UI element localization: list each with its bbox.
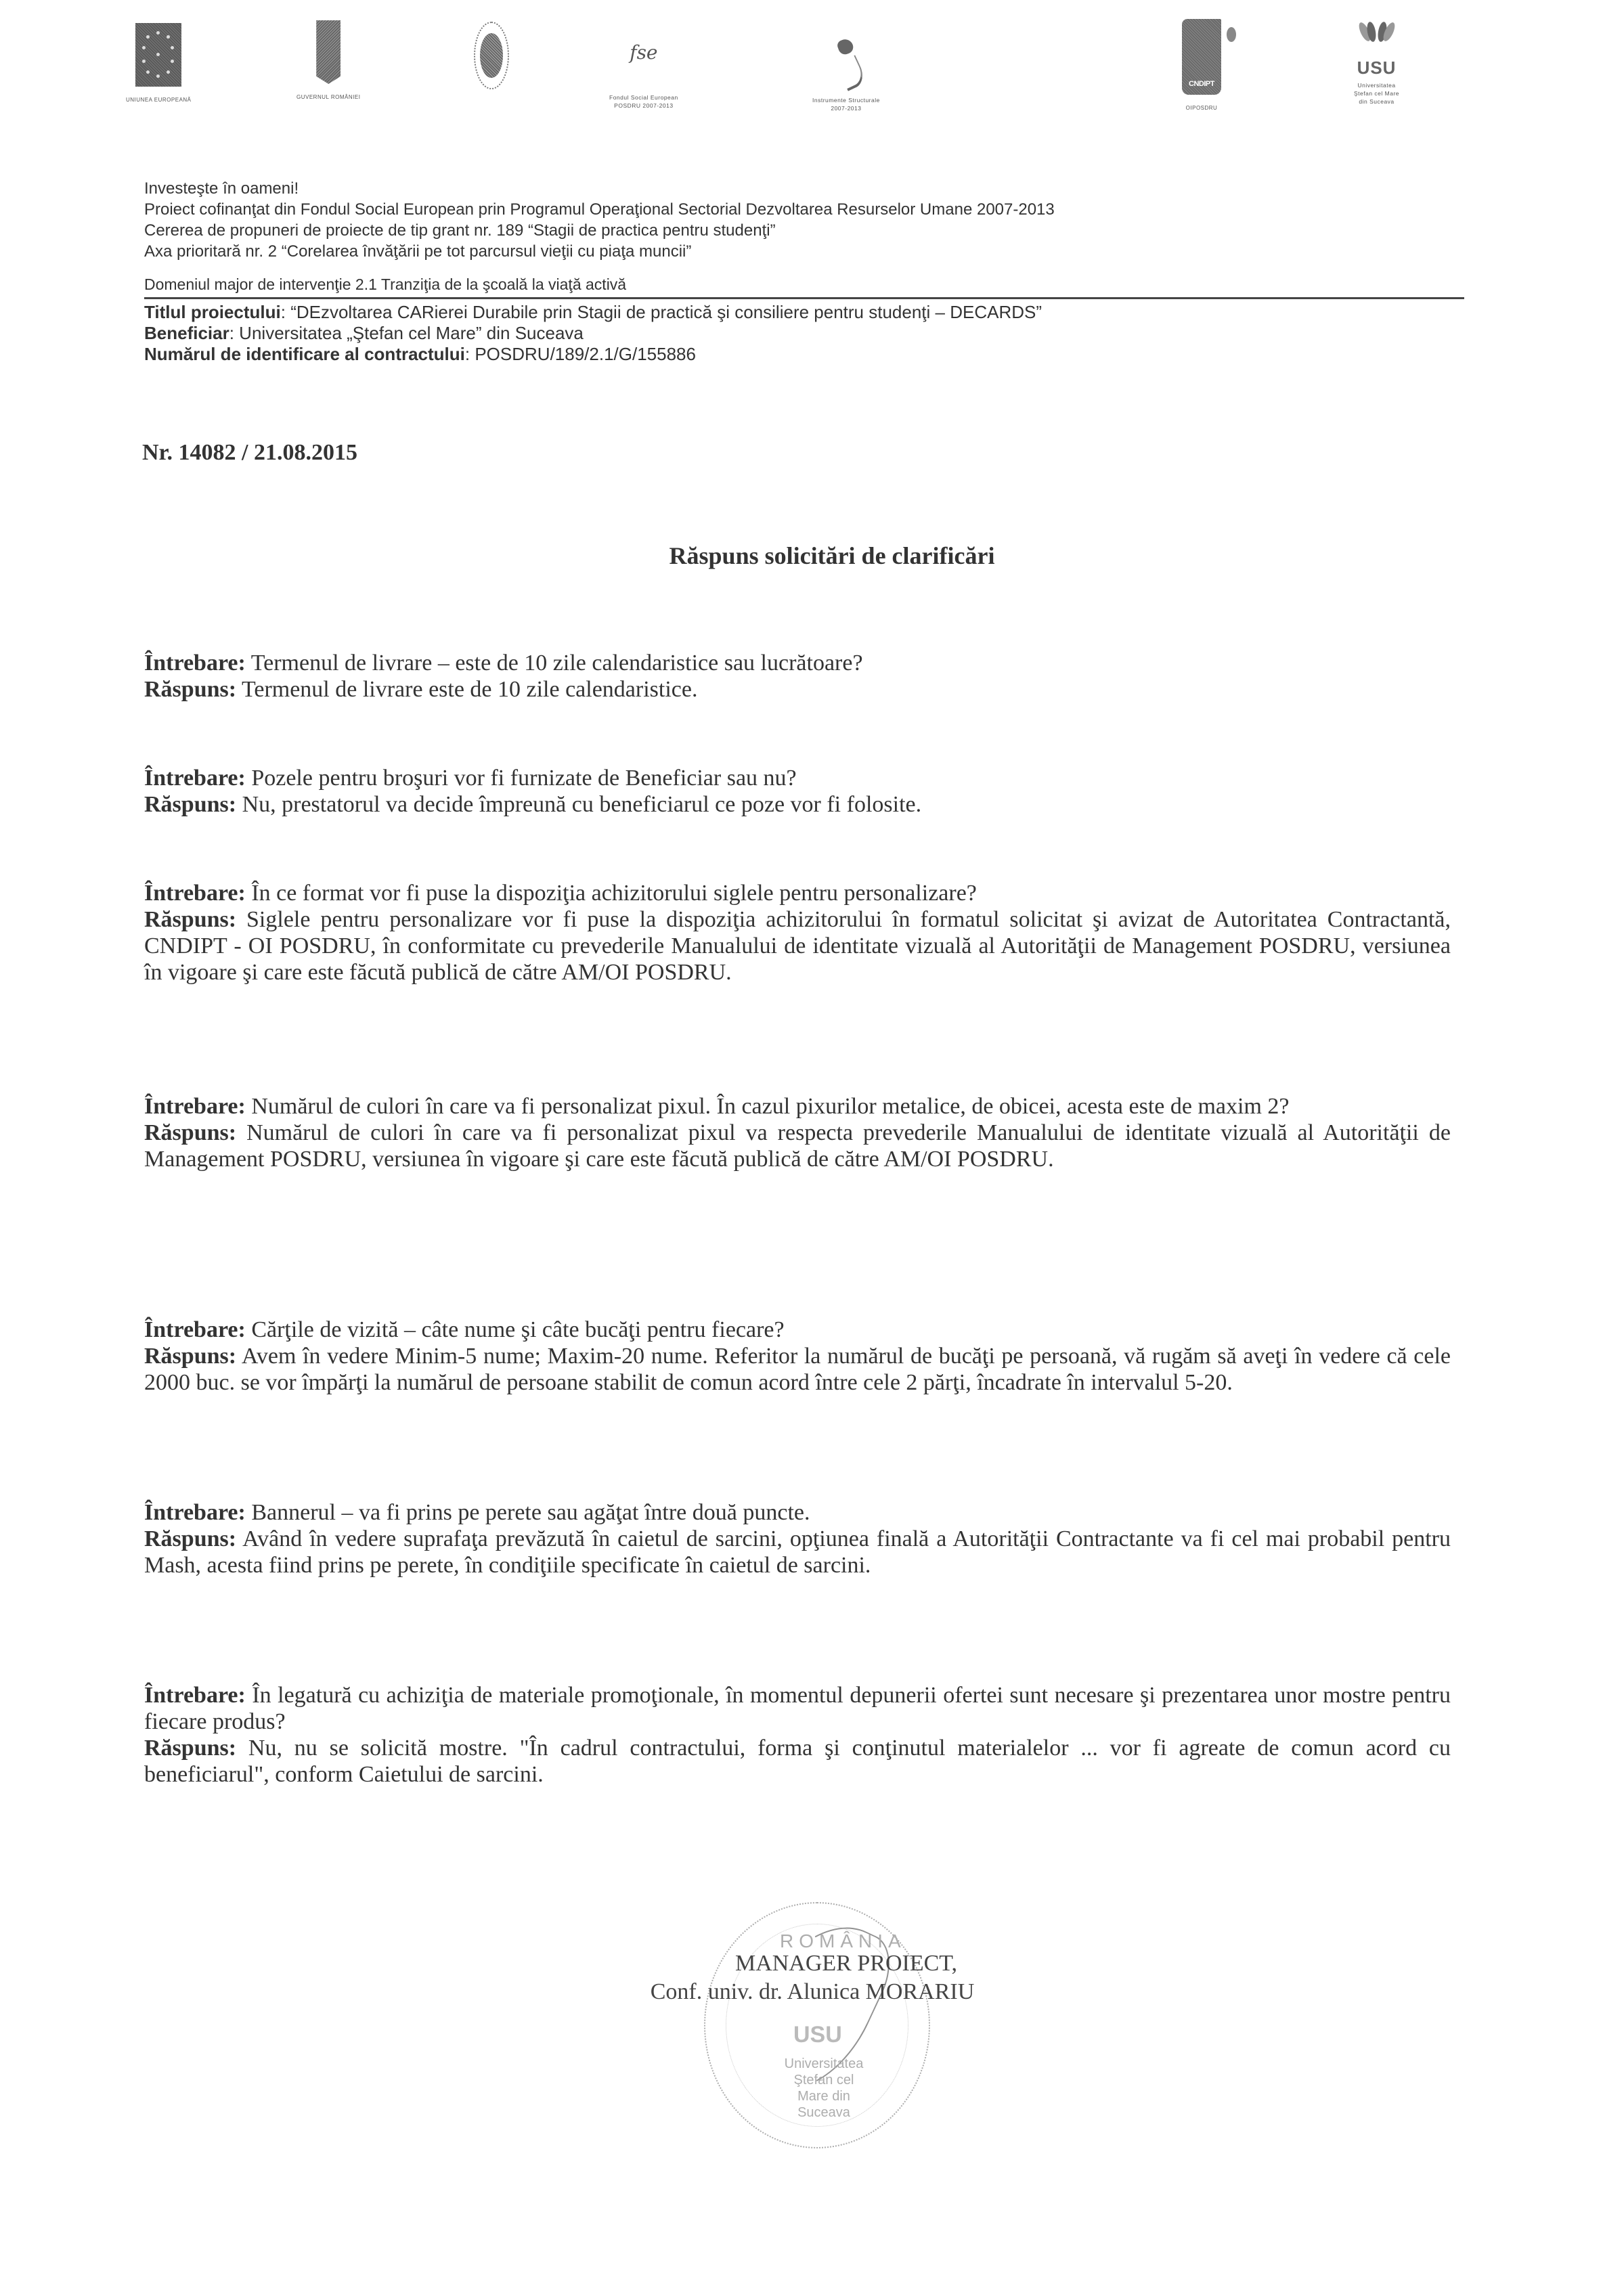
university-stamp: ROMÂNIA USU Universitatea Ştefan cel Mar…: [704, 1902, 930, 2148]
signatory-name: Conf. univ. dr. Alunica MORARIU: [542, 1978, 1083, 2006]
signature-block: MANAGER PROIECT, Conf. univ. dr. Alunica…: [542, 1949, 1083, 2006]
qa-item: Întrebare: Cărţile de vizită – câte nume…: [144, 1317, 1451, 1396]
qa-item: Întrebare: Pozele pentru broşuri vor fi …: [144, 765, 1451, 818]
seal-icon: [474, 22, 509, 89]
answer: Răspuns: Nu, nu se solicită mostre. "În …: [144, 1735, 1451, 1788]
signatory-role: MANAGER PROIECT,: [542, 1949, 1083, 1978]
eu-flag-icon: [135, 23, 181, 87]
usu-wordmark: USU: [1357, 58, 1397, 77]
qa-item: Întrebare: Termenul de livrare – este de…: [144, 650, 1451, 703]
qa-item: Întrebare: Bannerul – va fi prins pe per…: [144, 1499, 1451, 1578]
qa-item: Întrebare: Numărul de culori în care va …: [144, 1093, 1451, 1172]
header-divider: [144, 297, 1464, 299]
cndipt-caption: OIPOSDRU: [1186, 104, 1218, 112]
eu-caption: UNIUNEA EUROPEANĂ: [126, 96, 192, 104]
qa-item: Întrebare: În legatură cu achiziţia de m…: [144, 1682, 1451, 1788]
question: Întrebare: Termenul de livrare – este de…: [144, 650, 1451, 676]
eu-logo: UNIUNEA EUROPEANĂ: [126, 23, 192, 104]
usu-caption: Universitatea Ştefan cel Mare din Suceav…: [1354, 81, 1399, 106]
government-caption: GUVERNUL ROMÂNIEI: [297, 93, 360, 102]
answer: Răspuns: Avem în vedere Minim-5 nume; Ma…: [144, 1343, 1451, 1396]
intervention-domain: Domeniul major de intervenţie 2.1 Tranzi…: [144, 274, 1464, 294]
cndipt-logo: CNDIPT OIPOSDRU: [1182, 19, 1221, 112]
beneficiary-row: Beneficiar: Universitatea „Ştefan cel Ma…: [144, 323, 1464, 344]
crest-icon: [316, 20, 341, 84]
project-info: Investeşte în oameni! Proiect cofinanţat…: [144, 178, 1464, 365]
structural-instruments-caption: Instrumente Structurale 2007-2013: [812, 96, 880, 112]
structural-instruments-logo: Instrumente Structurale 2007-2013: [812, 23, 880, 112]
qa-item: Întrebare: În ce format vor fi puse la d…: [144, 880, 1451, 986]
logo-header: UNIUNEA EUROPEANĂ GUVERNUL ROMÂNIEI fse …: [0, 0, 1603, 149]
question: Întrebare: În ce format vor fi puse la d…: [144, 880, 1451, 906]
answer: Răspuns: Nu, prestatorul va decide împre…: [144, 791, 1451, 818]
fse-caption: Fondul Social European POSDRU 2007-2013: [609, 93, 678, 110]
cofinancing-line: Proiect cofinanţat din Fondul Social Eur…: [144, 199, 1464, 220]
answer: Răspuns: Având în vedere suprafaţa prevă…: [144, 1526, 1451, 1578]
question: Întrebare: Bannerul – va fi prins pe per…: [144, 1499, 1451, 1526]
usu-leaves-icon: [1358, 20, 1396, 58]
contract-id-row: Numărul de identificare al contractului:…: [144, 344, 1464, 365]
government-logo: GUVERNUL ROMÂNIEI: [297, 20, 360, 102]
document-title: Răspuns solicitări de clarificări: [0, 542, 1603, 570]
grant-call-line: Cererea de propuneri de proiecte de tip …: [144, 220, 1464, 241]
cndipt-icon: CNDIPT: [1182, 19, 1221, 95]
slogan: Investeşte în oameni!: [144, 178, 1464, 199]
reference-number: Nr. 14082 / 21.08.2015: [142, 440, 357, 466]
ministry-seal-logo: [474, 22, 509, 89]
question: Întrebare: Numărul de culori în care va …: [144, 1093, 1451, 1120]
answer: Răspuns: Numărul de culori în care va fi…: [144, 1120, 1451, 1172]
structural-instruments-icon: [833, 23, 860, 87]
question: Întrebare: Pozele pentru broşuri vor fi …: [144, 765, 1451, 791]
question: Întrebare: În legatură cu achiziţia de m…: [144, 1682, 1451, 1735]
priority-axis-line: Axa prioritară nr. 2 “Corelarea învăţări…: [144, 241, 1464, 262]
stamp-usu-mark: USU: [793, 2022, 842, 2048]
answer: Răspuns: Termenul de livrare este de 10 …: [144, 676, 1451, 703]
question: Întrebare: Cărţile de vizită – câte nume…: [144, 1317, 1451, 1343]
answer: Răspuns: Siglele pentru personalizare vo…: [144, 906, 1451, 986]
fse-mark-icon: fse: [630, 20, 657, 84]
fse-logo: fse Fondul Social European POSDRU 2007-2…: [609, 20, 678, 110]
project-title-row: Titlul proiectului: “DEzvoltarea CARiere…: [144, 302, 1464, 323]
usu-logo: USU Universitatea Ştefan cel Mare din Su…: [1354, 20, 1399, 106]
